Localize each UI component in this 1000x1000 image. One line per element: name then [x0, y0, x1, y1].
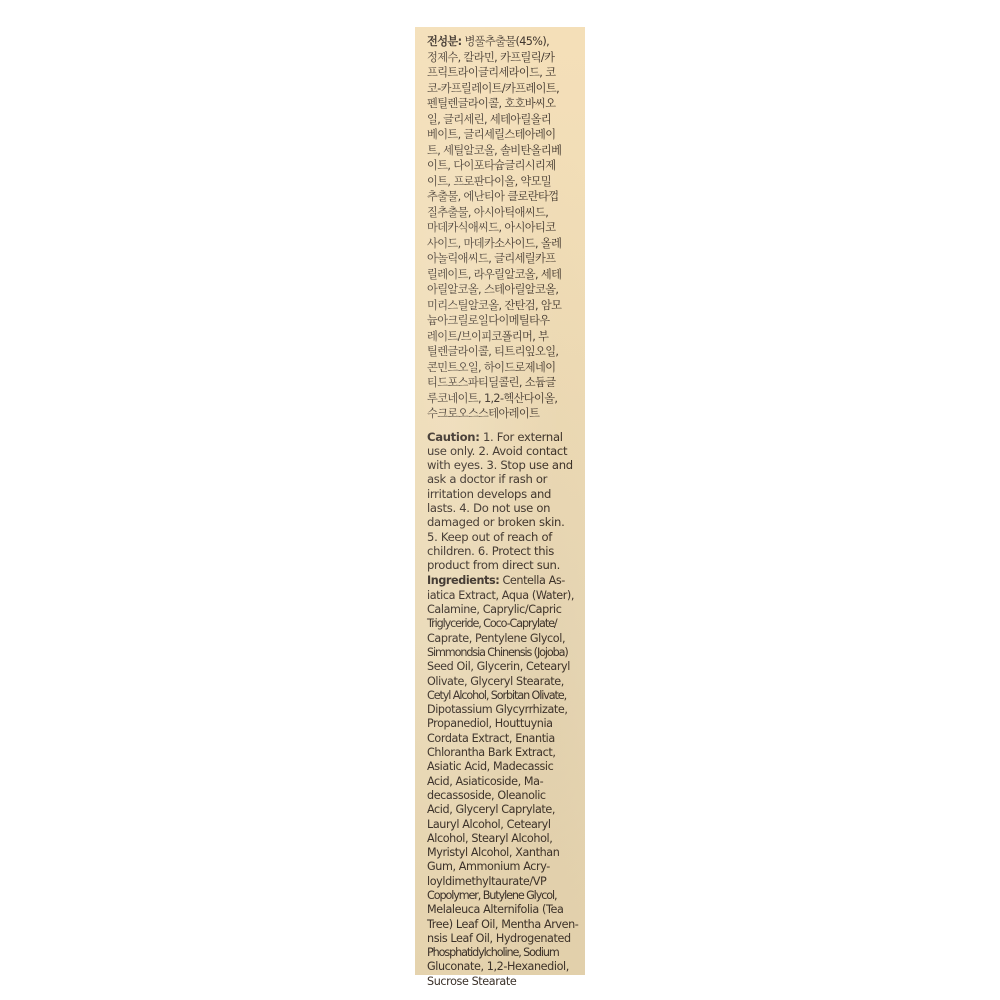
text-line: 티드포스파티딜콜린, 소듐글	[427, 375, 577, 391]
text-line-content: Acid, Glyceryl Caprylate,	[427, 803, 555, 816]
text-line: Asiatic Acid, Madecassic	[427, 760, 577, 774]
ingredients-heading: Ingredients:	[427, 574, 499, 587]
text-line-content: loyldimethyltaurate/VP	[427, 875, 546, 888]
text-line: 아릴알코올, 스테아릴알코올,	[427, 282, 577, 298]
text-line: with eyes. 3. Stop use and	[427, 458, 577, 472]
text-line: 틸렌글라이콜, 티트리잎오일,	[427, 344, 577, 360]
text-line-content: Dipotassium Glycyrrhizate,	[427, 703, 568, 716]
text-line: loyldimethyltaurate/VP	[427, 875, 577, 889]
text-line-content: 질추출물, 아시아틱애씨드,	[427, 206, 548, 219]
text-line-content: Olivate, Glyceryl Stearate,	[427, 675, 564, 688]
text-line: 일, 글리세린, 세테아릴올리	[427, 112, 577, 128]
text-line-content: Calamine, Caprylic/Capric	[427, 603, 561, 616]
text-line: 트, 세틸알코올, 솔비탄올리베	[427, 143, 577, 159]
text-line-content: decassoside, Oleanolic	[427, 789, 546, 802]
text-line: 사이드, 마데카소사이드, 올레	[427, 236, 577, 252]
text-line: Cordata Extract, Enantia	[427, 732, 577, 746]
text-line: 릴레이트, 라우릴알코올, 세테	[427, 267, 577, 283]
text-line-content: 프릭트라이글리세라이드, 코	[427, 66, 555, 79]
text-line-content: Sucrose Stearate	[427, 975, 516, 988]
text-line: lasts. 4. Do not use on	[427, 501, 577, 515]
text-line-content: Seed Oil, Glycerin, Cetearyl	[427, 660, 570, 673]
text-line-content: damaged or broken skin.	[427, 515, 564, 529]
text-line-content: use only. 2. Avoid contact	[427, 444, 567, 458]
text-line: nsis Leaf Oil, Hydrogenated	[427, 932, 577, 946]
text-line-content: 아릴알코올, 스테아릴알코올,	[427, 283, 558, 296]
text-line-content: Cetyl Alcohol, Sorbitan Olivate,	[427, 689, 566, 702]
text-line: Tree) Leaf Oil, Mentha Arven-	[427, 918, 577, 932]
text-line: Acid, Glyceryl Caprylate,	[427, 803, 577, 817]
text-line-content: 미리스틸알코올, 잔탄검, 암모	[427, 299, 561, 312]
text-line: Sucrose Stearate	[427, 975, 577, 989]
text-line: Propanediol, Houttuynia	[427, 717, 577, 731]
text-line: ask a doctor if rash or	[427, 472, 577, 486]
korean-ingredients-block: 전성분: 병풀추출물(45%),정제수, 칼라민, 카프릴릭/카프릭트라이글리세…	[427, 34, 577, 422]
text-line-content: lasts. 4. Do not use on	[427, 501, 550, 515]
text-line-content: 늄아크릴로일다이메틸타우	[427, 314, 550, 327]
text-line: damaged or broken skin.	[427, 515, 577, 529]
text-line: Phosphatidylcholine, Sodium	[427, 946, 577, 960]
text-line-content: 1. For external	[480, 430, 563, 444]
text-line: 미리스틸알코올, 잔탄검, 암모	[427, 298, 577, 314]
text-line-content: 이트, 프로판다이올, 약모밀	[427, 175, 551, 188]
text-line-content: 베이트, 글리세릴스테아레이	[427, 128, 555, 141]
product-label-panel: 전성분: 병풀추출물(45%),정제수, 칼라민, 카프릴릭/카프릭트라이글리세…	[415, 27, 585, 975]
text-line: 레이트/브이피코폴리머, 부	[427, 329, 577, 345]
text-line-content: 아놀릭애씨드, 글리세릴카프	[427, 252, 555, 265]
text-line-content: Propanediol, Houttuynia	[427, 717, 553, 730]
text-line-content: 추출물, 에난티아 클로란타껍	[427, 190, 558, 203]
caution-heading: Caution:	[427, 430, 480, 444]
text-line: Seed Oil, Glycerin, Cetearyl	[427, 660, 577, 674]
text-line-content: Gum, Ammonium Acry-	[427, 860, 550, 873]
text-line-content: 사이드, 마데카소사이드, 올레	[427, 237, 561, 250]
text-line: Cetyl Alcohol, Sorbitan Olivate,	[427, 689, 577, 703]
text-line: 늄아크릴로일다이메틸타우	[427, 313, 577, 329]
text-line: Dipotassium Glycyrrhizate,	[427, 703, 577, 717]
text-line: 이트, 프로판다이올, 약모밀	[427, 174, 577, 190]
text-line: Alcohol, Stearyl Alcohol,	[427, 832, 577, 846]
text-line-content: Alcohol, Stearyl Alcohol,	[427, 832, 552, 845]
text-line-content: 틸렌글라이콜, 티트리잎오일,	[427, 345, 558, 358]
text-line-content: iatica Extract, Aqua (Water),	[427, 589, 574, 602]
text-line-content: Melaleuca Alternifolia (Tea	[427, 903, 563, 916]
text-line-content: Asiatic Acid, Madecassic	[427, 760, 553, 773]
text-line: Calamine, Caprylic/Capric	[427, 603, 577, 617]
text-line-content: Tree) Leaf Oil, Mentha Arven-	[427, 918, 578, 931]
text-line-content: product from direct sun.	[427, 558, 560, 572]
text-line: 콘민트오일, 하이드로제네이	[427, 360, 577, 376]
text-line: 정제수, 칼라민, 카프릴릭/카	[427, 50, 577, 66]
text-line: product from direct sun.	[427, 558, 577, 572]
text-line-content: Caprate, Pentylene Glycol,	[427, 632, 565, 645]
text-line: 프릭트라이글리세라이드, 코	[427, 65, 577, 81]
text-line: 추출물, 에난티아 클로란타껍	[427, 189, 577, 205]
text-line-content: Simmondsia Chinensis (Jojoba)	[427, 646, 568, 659]
text-line: Myristyl Alcohol, Xanthan	[427, 846, 577, 860]
text-line-content: 수크로오스스테아레이트	[427, 407, 539, 420]
text-line-content: Cordata Extract, Enantia	[427, 732, 555, 745]
text-line: 코-카프릴레이트/카프레이트,	[427, 81, 577, 97]
ingredients-block: Ingredients: Centella As-iatica Extract,…	[427, 574, 577, 989]
text-line: 질추출물, 아시아틱애씨드,	[427, 205, 577, 221]
text-line: Melaleuca Alternifolia (Tea	[427, 903, 577, 917]
text-line-content: Copolymer, Butylene Glycol,	[427, 889, 556, 902]
text-line: 이트, 다이포타슘글리시리제	[427, 158, 577, 174]
text-line-content: Triglyceride, Coco-Caprylate/	[427, 617, 557, 630]
text-line: Caution: 1. For external	[427, 430, 577, 444]
text-line-content: ask a doctor if rash or	[427, 472, 547, 486]
text-line-content: Acid, Asiaticoside, Ma-	[427, 775, 543, 788]
text-line-content: Chlorantha Bark Extract,	[427, 746, 555, 759]
text-line-content: 병풀추출물(45%),	[462, 35, 550, 48]
text-line-content: 5. Keep out of reach of	[427, 530, 552, 544]
text-line-content: irritation develops and	[427, 487, 551, 501]
text-line-content: with eyes. 3. Stop use and	[427, 458, 573, 472]
text-line-content: Myristyl Alcohol, Xanthan	[427, 846, 559, 859]
text-line: 루코네이트, 1,2-헥산다이올,	[427, 391, 577, 407]
text-line-content: nsis Leaf Oil, Hydrogenated	[427, 932, 571, 945]
text-line-content: 일, 글리세린, 세테아릴올리	[427, 113, 551, 126]
text-line: 베이트, 글리세릴스테아레이	[427, 127, 577, 143]
text-line: Gluconate, 1,2-Hexanediol,	[427, 960, 577, 974]
korean_ingredients-heading: 전성분:	[427, 35, 462, 48]
text-line: Chlorantha Bark Extract,	[427, 746, 577, 760]
text-line: 마데카식애씨드, 아시아티코	[427, 220, 577, 236]
text-line: Copolymer, Butylene Glycol,	[427, 889, 577, 903]
text-line: Simmondsia Chinensis (Jojoba)	[427, 646, 577, 660]
text-line-content: Centella As-	[499, 574, 565, 587]
text-line-content: children. 6. Protect this	[427, 544, 554, 558]
text-line-content: 레이트/브이피코폴리머, 부	[427, 330, 548, 343]
text-line: irritation develops and	[427, 487, 577, 501]
text-line: 전성분: 병풀추출물(45%),	[427, 34, 577, 50]
text-line: Ingredients: Centella As-	[427, 574, 577, 588]
text-line-content: 코-카프릴레이트/카프레이트,	[427, 82, 559, 95]
text-line-content: 트, 세틸알코올, 솔비탄올리베	[427, 144, 561, 157]
text-line: decassoside, Oleanolic	[427, 789, 577, 803]
text-line-content: 티드포스파티딜콜린, 소듐글	[427, 376, 555, 389]
text-line: children. 6. Protect this	[427, 544, 577, 558]
text-line: Lauryl Alcohol, Cetearyl	[427, 818, 577, 832]
text-line-content: 루코네이트, 1,2-헥산다이올,	[427, 392, 557, 405]
text-line: use only. 2. Avoid contact	[427, 444, 577, 458]
text-line-content: 마데카식애씨드, 아시아티코	[427, 221, 555, 234]
text-line-content: 이트, 다이포타슘글리시리제	[427, 159, 555, 172]
text-line-content: Lauryl Alcohol, Cetearyl	[427, 818, 551, 831]
text-line: 수크로오스스테아레이트	[427, 406, 577, 422]
text-line-content: 정제수, 칼라민, 카프릴릭/카	[427, 51, 554, 64]
text-line: 5. Keep out of reach of	[427, 530, 577, 544]
caution-block: Caution: 1. For externaluse only. 2. Avo…	[427, 430, 577, 573]
text-line-content: 릴레이트, 라우릴알코올, 세테	[427, 268, 561, 281]
text-line: Acid, Asiaticoside, Ma-	[427, 775, 577, 789]
text-line: 아놀릭애씨드, 글리세릴카프	[427, 251, 577, 267]
text-line-content: 펜틸렌글라이콜, 호호바씨오	[427, 97, 555, 110]
text-line: iatica Extract, Aqua (Water),	[427, 589, 577, 603]
text-line: Olivate, Glyceryl Stearate,	[427, 675, 577, 689]
text-line: Caprate, Pentylene Glycol,	[427, 632, 577, 646]
text-line: 펜틸렌글라이콜, 호호바씨오	[427, 96, 577, 112]
text-line: Gum, Ammonium Acry-	[427, 860, 577, 874]
text-line-content: Phosphatidylcholine, Sodium	[427, 946, 559, 959]
text-line: Triglyceride, Coco-Caprylate/	[427, 617, 577, 631]
text-line-content: Gluconate, 1,2-Hexanediol,	[427, 960, 569, 973]
text-line-content: 콘민트오일, 하이드로제네이	[427, 361, 555, 374]
